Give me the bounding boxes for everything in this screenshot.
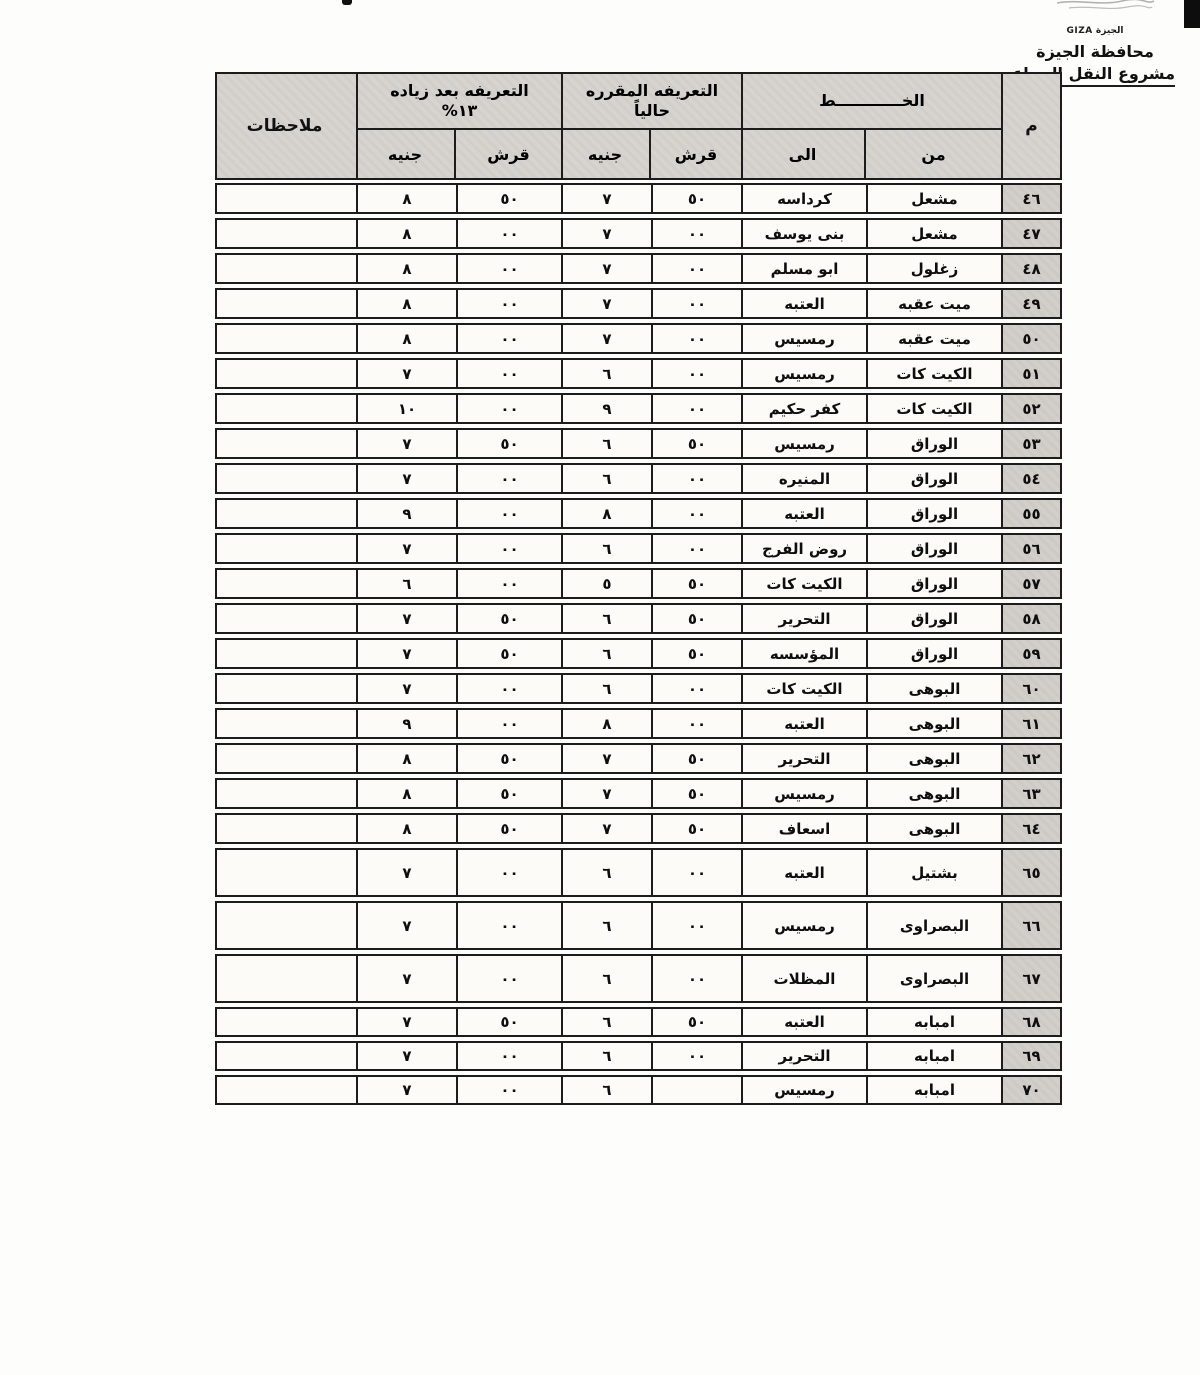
cell-num: ٦٩ — [1003, 1043, 1060, 1069]
table-row: ٥٦الوراقروض الفرج٠٠٦٠٠٧ — [215, 533, 1062, 564]
cell-cur_gineh: ٦ — [563, 1077, 653, 1103]
header-increase-tariff-label: التعريفه بعد زياده ١٣% — [358, 74, 561, 130]
cell-cur_gineh: ٥ — [563, 570, 653, 597]
cell-new_qirsh: ٠٠ — [458, 675, 563, 702]
cell-cur_qirsh: ٥٠ — [653, 640, 743, 667]
cell-cur_qirsh: ٠٠ — [653, 465, 743, 492]
header-current-gineh: جنيه — [561, 130, 651, 178]
cell-cur_qirsh: ٠٠ — [653, 675, 743, 702]
cell-new_gineh: ٧ — [358, 956, 458, 1001]
cell-to: المظلات — [743, 956, 868, 1001]
header-increase-tariff-group: التعريفه بعد زياده ١٣% قرش جنيه — [358, 74, 563, 178]
cell-cur_gineh: ٧ — [563, 745, 653, 772]
cell-cur_qirsh: ٠٠ — [653, 1043, 743, 1069]
cell-cur_gineh: ٩ — [563, 395, 653, 422]
cell-new_gineh: ٧ — [358, 465, 458, 492]
cell-num: ٦٣ — [1003, 780, 1060, 807]
cell-to: اسعاف — [743, 815, 868, 842]
cell-to: رمسيس — [743, 780, 868, 807]
table-row: ٦٣البوهىرمسيس٥٠٧٥٠٨ — [215, 778, 1062, 809]
table-row: ٦٧البصراوىالمظلات٠٠٦٠٠٧ — [215, 954, 1062, 1003]
cell-cur_qirsh: ٥٠ — [653, 430, 743, 457]
fare-table: م الخــــــــــــط من الى التعريفه المقر… — [215, 72, 1062, 1109]
cell-from: الوراق — [868, 500, 1003, 527]
cell-cur_qirsh: ٠٠ — [653, 710, 743, 737]
cell-from: الوراق — [868, 570, 1003, 597]
cell-cur_gineh: ٦ — [563, 360, 653, 387]
cell-to: رمسيس — [743, 1077, 868, 1103]
cell-notes — [213, 360, 358, 387]
cell-cur_gineh: ٦ — [563, 465, 653, 492]
cell-from: مشعل — [868, 220, 1003, 247]
table-row: ٧٠امبابهرمسيس٦٠٠٧ — [215, 1075, 1062, 1105]
cell-to: روض الفرج — [743, 535, 868, 562]
cell-from: البوهى — [868, 815, 1003, 842]
cell-cur_qirsh: ٥٠ — [653, 185, 743, 212]
cell-new_gineh: ٧ — [358, 605, 458, 632]
cell-num: ٥٣ — [1003, 430, 1060, 457]
cell-to: التحرير — [743, 745, 868, 772]
cell-notes — [213, 1043, 358, 1069]
cell-notes — [213, 780, 358, 807]
cell-cur_gineh: ٧ — [563, 255, 653, 282]
table-row: ٦٠البوهىالكيت كات٠٠٦٠٠٧ — [215, 673, 1062, 704]
cell-new_gineh: ٧ — [358, 1077, 458, 1103]
cell-to: المؤسسه — [743, 640, 868, 667]
cell-from: الوراق — [868, 535, 1003, 562]
cell-num: ٥٢ — [1003, 395, 1060, 422]
cell-from: الوراق — [868, 430, 1003, 457]
cell-new_qirsh: ٠٠ — [458, 290, 563, 317]
cell-new_gineh: ٨ — [358, 290, 458, 317]
cell-notes — [213, 290, 358, 317]
cell-new_qirsh: ٥٠ — [458, 605, 563, 632]
cell-from: ميت عقبه — [868, 290, 1003, 317]
cell-cur_qirsh: ٠٠ — [653, 290, 743, 317]
cell-cur_gineh: ٦ — [563, 1009, 653, 1035]
cell-num: ٥٠ — [1003, 325, 1060, 352]
cell-new_gineh: ٧ — [358, 430, 458, 457]
cell-new_qirsh: ٠٠ — [458, 535, 563, 562]
cell-cur_qirsh: ٠٠ — [653, 850, 743, 895]
table-row: ٥٤الوراقالمنيره٠٠٦٠٠٧ — [215, 463, 1062, 494]
cell-to: العتبه — [743, 710, 868, 737]
cell-num: ٤٩ — [1003, 290, 1060, 317]
cell-new_qirsh: ٥٠ — [458, 745, 563, 772]
cell-cur_gineh: ٧ — [563, 290, 653, 317]
cell-cur_gineh: ٦ — [563, 903, 653, 948]
cell-num: ٥٩ — [1003, 640, 1060, 667]
cell-new_qirsh: ٠٠ — [458, 956, 563, 1001]
cell-new_qirsh: ٥٠ — [458, 815, 563, 842]
cell-cur_gineh: ٨ — [563, 500, 653, 527]
cell-cur_qirsh: ٠٠ — [653, 360, 743, 387]
table-row: ٦٦البصراوىرمسيس٠٠٦٠٠٧ — [215, 901, 1062, 950]
table-row: ٤٧مشعلبنى يوسف٠٠٧٠٠٨ — [215, 218, 1062, 249]
cell-notes — [213, 1077, 358, 1103]
cell-num: ٥٥ — [1003, 500, 1060, 527]
cell-notes — [213, 465, 358, 492]
cell-new_gineh: ٧ — [358, 850, 458, 895]
cell-num: ٦١ — [1003, 710, 1060, 737]
cell-notes — [213, 570, 358, 597]
table-header: م الخــــــــــــط من الى التعريفه المقر… — [215, 72, 1062, 180]
cell-cur_qirsh: ٥٠ — [653, 570, 743, 597]
header-current-qirsh: قرش — [651, 130, 741, 178]
cell-to: رمسيس — [743, 430, 868, 457]
header-number: م — [1003, 74, 1060, 178]
cell-to: التحرير — [743, 605, 868, 632]
cell-new_qirsh: ٠٠ — [458, 1077, 563, 1103]
cell-new_gineh: ٨ — [358, 185, 458, 212]
cell-num: ٦٤ — [1003, 815, 1060, 842]
cell-new_qirsh: ٥٠ — [458, 780, 563, 807]
table-row: ٥٩الوراقالمؤسسه٥٠٦٥٠٧ — [215, 638, 1062, 669]
header-route-group: الخــــــــــــط من الى — [743, 74, 1003, 178]
table-row: ٦٨امبابهالعتبه٥٠٦٥٠٧ — [215, 1007, 1062, 1037]
logo-text: الجيزة GIZA — [1015, 26, 1175, 36]
cell-from: زغلول — [868, 255, 1003, 282]
cell-notes — [213, 255, 358, 282]
cell-to: العتبه — [743, 500, 868, 527]
cell-from: البوهى — [868, 710, 1003, 737]
cell-notes — [213, 903, 358, 948]
table-row: ٤٦مشعلكرداسه٥٠٧٥٠٨ — [215, 183, 1062, 214]
cell-notes — [213, 430, 358, 457]
table-row: ٥٧الوراقالكيت كات٥٠٥٠٠٦ — [215, 568, 1062, 599]
cell-new_qirsh: ٠٠ — [458, 570, 563, 597]
cell-cur_qirsh: ٠٠ — [653, 325, 743, 352]
cell-to: الكيت كات — [743, 675, 868, 702]
scan-corner-artifact — [1184, 0, 1200, 28]
cell-cur_gineh: ٦ — [563, 430, 653, 457]
cell-new_gineh: ٧ — [358, 1009, 458, 1035]
table-row: ٦١البوهىالعتبه٠٠٨٠٠٩ — [215, 708, 1062, 739]
cell-from: مشعل — [868, 185, 1003, 212]
cell-num: ٥٤ — [1003, 465, 1060, 492]
header-notes: ملاحظات — [213, 74, 358, 178]
cell-new_gineh: ٩ — [358, 500, 458, 527]
table-row: ٦٥بشتيلالعتبه٠٠٦٠٠٧ — [215, 848, 1062, 897]
cell-notes — [213, 500, 358, 527]
cell-notes — [213, 850, 358, 895]
cell-new_qirsh: ٠٠ — [458, 500, 563, 527]
table-row: ٥٠ميت عقبهرمسيس٠٠٧٠٠٨ — [215, 323, 1062, 354]
cell-new_gineh: ٧ — [358, 903, 458, 948]
cell-to: بنى يوسف — [743, 220, 868, 247]
cell-cur_gineh: ٦ — [563, 640, 653, 667]
cell-cur_qirsh: ٠٠ — [653, 255, 743, 282]
cell-new_gineh: ٧ — [358, 360, 458, 387]
cell-new_gineh: ١٠ — [358, 395, 458, 422]
cell-num: ٦٧ — [1003, 956, 1060, 1001]
cell-new_qirsh: ٠٠ — [458, 465, 563, 492]
cell-new_gineh: ٨ — [358, 255, 458, 282]
cell-new_gineh: ٨ — [358, 220, 458, 247]
cell-notes — [213, 710, 358, 737]
cell-num: ٦٨ — [1003, 1009, 1060, 1035]
cell-cur_qirsh — [653, 1077, 743, 1103]
cell-from: الوراق — [868, 465, 1003, 492]
cell-num: ٧٠ — [1003, 1077, 1060, 1103]
cell-new_gineh: ٧ — [358, 1043, 458, 1069]
header-current-tariff-label: التعريفه المقرره حالياً — [563, 74, 741, 130]
cell-num: ٥٨ — [1003, 605, 1060, 632]
cell-to: كفر حكيم — [743, 395, 868, 422]
cell-new_gineh: ٦ — [358, 570, 458, 597]
cell-cur_qirsh: ٠٠ — [653, 395, 743, 422]
header-increase-qirsh: قرش — [456, 130, 561, 178]
cell-num: ٤٨ — [1003, 255, 1060, 282]
cell-cur_qirsh: ٠٠ — [653, 500, 743, 527]
cell-new_qirsh: ٠٠ — [458, 220, 563, 247]
cell-to: العتبه — [743, 850, 868, 895]
cell-notes — [213, 220, 358, 247]
table-row: ٥٢الكيت كاتكفر حكيم٠٠٩٠٠١٠ — [215, 393, 1062, 424]
cell-notes — [213, 745, 358, 772]
cell-cur_qirsh: ٥٠ — [653, 605, 743, 632]
cell-new_qirsh: ٠٠ — [458, 710, 563, 737]
cell-cur_qirsh: ٥٠ — [653, 1009, 743, 1035]
cell-num: ٥٦ — [1003, 535, 1060, 562]
cell-cur_gineh: ٦ — [563, 675, 653, 702]
cell-num: ٦٦ — [1003, 903, 1060, 948]
cell-notes — [213, 185, 358, 212]
cell-to: رمسيس — [743, 903, 868, 948]
cell-new_gineh: ٨ — [358, 815, 458, 842]
cell-cur_gineh: ٦ — [563, 1043, 653, 1069]
cell-cur_gineh: ٦ — [563, 535, 653, 562]
cell-new_qirsh: ٠٠ — [458, 325, 563, 352]
governorate-title: محافظة الجيزة — [1015, 42, 1175, 61]
cell-to: المنيره — [743, 465, 868, 492]
cell-from: الوراق — [868, 605, 1003, 632]
cell-cur_qirsh: ٥٠ — [653, 815, 743, 842]
cell-new_qirsh: ٠٠ — [458, 255, 563, 282]
header-to: الى — [741, 130, 866, 178]
cell-num: ٦٥ — [1003, 850, 1060, 895]
cell-cur_qirsh: ٠٠ — [653, 220, 743, 247]
cell-to: العتبه — [743, 290, 868, 317]
cell-new_gineh: ٧ — [358, 535, 458, 562]
cell-cur_qirsh: ٠٠ — [653, 903, 743, 948]
cell-cur_gineh: ٧ — [563, 815, 653, 842]
table-row: ٥٨الوراقالتحرير٥٠٦٥٠٧ — [215, 603, 1062, 634]
cell-new_qirsh: ٥٠ — [458, 640, 563, 667]
scan-speck-artifact — [342, 0, 352, 5]
scanned-document-page: الجيزة GIZA محافظة الجيزة مشروع النقل ال… — [0, 0, 1200, 1375]
cell-new_qirsh: ٠٠ — [458, 850, 563, 895]
cell-notes — [213, 640, 358, 667]
cell-num: ٦٠ — [1003, 675, 1060, 702]
cell-to: رمسيس — [743, 360, 868, 387]
header-from: من — [866, 130, 1001, 178]
cell-cur_gineh: ٦ — [563, 956, 653, 1001]
table-row: ٤٨زغلولابو مسلم٠٠٧٠٠٨ — [215, 253, 1062, 284]
cell-to: كرداسه — [743, 185, 868, 212]
cell-cur_gineh: ٧ — [563, 325, 653, 352]
cell-cur_qirsh: ٥٠ — [653, 780, 743, 807]
cell-num: ٦٢ — [1003, 745, 1060, 772]
cell-new_qirsh: ٠٠ — [458, 360, 563, 387]
cell-cur_gineh: ٦ — [563, 850, 653, 895]
cell-to: رمسيس — [743, 325, 868, 352]
cell-notes — [213, 605, 358, 632]
cell-cur_gineh: ٦ — [563, 605, 653, 632]
cell-from: الكيت كات — [868, 395, 1003, 422]
table-row: ٥٣الوراقرمسيس٥٠٦٥٠٧ — [215, 428, 1062, 459]
cell-cur_gineh: ٧ — [563, 185, 653, 212]
cell-new_gineh: ٧ — [358, 640, 458, 667]
cell-from: الوراق — [868, 640, 1003, 667]
table-row: ٥٥الوراقالعتبه٠٠٨٠٠٩ — [215, 498, 1062, 529]
cell-new_gineh: ٩ — [358, 710, 458, 737]
table-row: ٦٢البوهىالتحرير٥٠٧٥٠٨ — [215, 743, 1062, 774]
cell-from: امبابه — [868, 1043, 1003, 1069]
governorate-stamp-icon — [1047, 0, 1157, 15]
cell-new_gineh: ٧ — [358, 675, 458, 702]
table-row: ٤٩ميت عقبهالعتبه٠٠٧٠٠٨ — [215, 288, 1062, 319]
cell-new_qirsh: ٥٠ — [458, 185, 563, 212]
cell-to: التحرير — [743, 1043, 868, 1069]
cell-new_qirsh: ٥٠ — [458, 1009, 563, 1035]
cell-to: العتبه — [743, 1009, 868, 1035]
cell-cur_gineh: ٨ — [563, 710, 653, 737]
cell-new_gineh: ٨ — [358, 780, 458, 807]
cell-num: ٥١ — [1003, 360, 1060, 387]
cell-from: البوهى — [868, 780, 1003, 807]
header-route-label: الخــــــــــــط — [743, 74, 1001, 130]
cell-cur_qirsh: ٥٠ — [653, 745, 743, 772]
cell-from: امبابه — [868, 1077, 1003, 1103]
cell-from: البصراوى — [868, 956, 1003, 1001]
cell-num: ٤٧ — [1003, 220, 1060, 247]
cell-notes — [213, 1009, 358, 1035]
cell-new_qirsh: ٥٠ — [458, 430, 563, 457]
cell-num: ٤٦ — [1003, 185, 1060, 212]
header-current-tariff-group: التعريفه المقرره حالياً قرش جنيه — [563, 74, 743, 178]
cell-from: ميت عقبه — [868, 325, 1003, 352]
cell-notes — [213, 956, 358, 1001]
cell-num: ٥٧ — [1003, 570, 1060, 597]
cell-from: امبابه — [868, 1009, 1003, 1035]
cell-cur_gineh: ٧ — [563, 220, 653, 247]
cell-new_gineh: ٨ — [358, 325, 458, 352]
cell-cur_gineh: ٧ — [563, 780, 653, 807]
table-row: ٦٤البوهىاسعاف٥٠٧٥٠٨ — [215, 813, 1062, 844]
cell-from: البوهى — [868, 745, 1003, 772]
cell-cur_qirsh: ٠٠ — [653, 535, 743, 562]
cell-new_gineh: ٨ — [358, 745, 458, 772]
header-increase-gineh: جنيه — [356, 130, 456, 178]
cell-from: بشتيل — [868, 850, 1003, 895]
cell-to: ابو مسلم — [743, 255, 868, 282]
cell-cur_qirsh: ٠٠ — [653, 956, 743, 1001]
cell-notes — [213, 325, 358, 352]
cell-new_qirsh: ٠٠ — [458, 395, 563, 422]
cell-new_qirsh: ٠٠ — [458, 1043, 563, 1069]
cell-notes — [213, 675, 358, 702]
cell-to: الكيت كات — [743, 570, 868, 597]
table-body: ٤٦مشعلكرداسه٥٠٧٥٠٨٤٧مشعلبنى يوسف٠٠٧٠٠٨٤٨… — [215, 183, 1062, 1105]
table-row: ٥١الكيت كاترمسيس٠٠٦٠٠٧ — [215, 358, 1062, 389]
cell-notes — [213, 815, 358, 842]
cell-from: الكيت كات — [868, 360, 1003, 387]
cell-new_qirsh: ٠٠ — [458, 903, 563, 948]
cell-from: البوهى — [868, 675, 1003, 702]
cell-from: البصراوى — [868, 903, 1003, 948]
cell-notes — [213, 395, 358, 422]
table-row: ٦٩امبابهالتحرير٠٠٦٠٠٧ — [215, 1041, 1062, 1071]
cell-notes — [213, 535, 358, 562]
